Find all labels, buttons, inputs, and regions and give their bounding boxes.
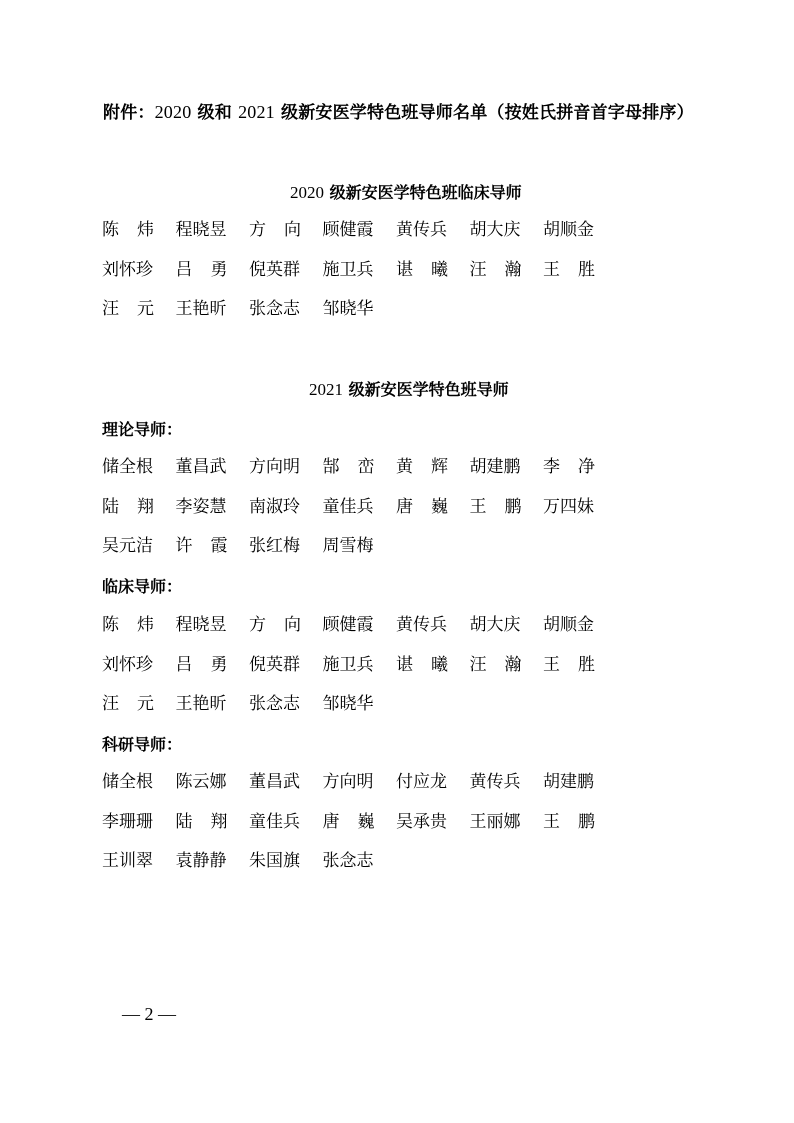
title-year-2021: 2021 [238, 102, 275, 122]
mentor-name: 邹晓华 [323, 297, 397, 337]
mentor-name: 汪瀚 [470, 258, 522, 298]
mentor-name: 黄传兵 [396, 613, 470, 653]
mentor-name: 刘怀珍 [102, 653, 176, 693]
mentor-name: 施卫兵 [323, 258, 397, 298]
research-mentors-label: 科研导师： [102, 732, 182, 755]
mentor-name: 王艳昕 [176, 297, 250, 337]
mentor-name: 倪英群 [249, 258, 323, 298]
mentor-name: 陈云娜 [176, 770, 250, 810]
mentor-name: 吴承贵 [396, 810, 470, 850]
clinical-mentors-names: 陈炜程晓昱方向顾健霞黄传兵胡大庆胡顺金刘怀珍吕勇倪英群施卫兵谌曦汪瀚王胜汪元王艳… [102, 613, 622, 732]
mentor-name: 储全根 [102, 455, 176, 495]
mentor-name: 汪元 [102, 297, 154, 337]
mentor-name: 张红梅 [249, 534, 323, 574]
title-prefix: 附件： [103, 103, 155, 123]
mentor-name: 付应龙 [396, 770, 470, 810]
section-2021-label: 级新安医学特色班导师 [343, 380, 509, 399]
section-2021-year: 2021 [309, 380, 343, 399]
page-number: — 2 — [122, 1004, 176, 1025]
mentor-name: 张念志 [323, 849, 397, 889]
mentor-name: 陆翔 [102, 495, 154, 535]
mentor-name: 王训翠 [102, 849, 176, 889]
mentor-name: 陈炜 [102, 218, 154, 258]
mentor-name: 李净 [543, 455, 595, 495]
mentor-name: 王鹏 [543, 810, 595, 850]
section-2020-names: 陈炜程晓昱方向顾健霞黄传兵胡大庆胡顺金刘怀珍吕勇倪英群施卫兵谌曦汪瀚王胜汪元王艳… [102, 218, 622, 337]
mentor-name: 谌曦 [396, 258, 448, 298]
mentor-name: 唐巍 [396, 495, 448, 535]
mentor-name: 董昌武 [176, 455, 250, 495]
mentor-name: 王胜 [543, 258, 595, 298]
mentor-name: 黄传兵 [396, 218, 470, 258]
mentor-name: 程晓昱 [176, 218, 250, 258]
mentor-name: 董昌武 [249, 770, 323, 810]
mentor-name: 方向 [249, 613, 301, 653]
mentor-name: 胡顺金 [543, 613, 617, 653]
mentor-name: 刘怀珍 [102, 258, 176, 298]
mentor-name: 顾健霞 [323, 613, 397, 653]
mentor-name: 张念志 [249, 692, 323, 732]
clinical-mentors-label: 临床导师： [102, 574, 182, 597]
mentor-name: 方向明 [323, 770, 397, 810]
mentor-name: 童佳兵 [249, 810, 323, 850]
mentor-name: 陈炜 [102, 613, 154, 653]
mentor-name: 吕勇 [176, 653, 228, 693]
theory-mentors-names: 储全根董昌武方向明郜峦黄辉胡建鹏李净陆翔李姿慧南淑玲童佳兵唐巍王鹏万四妹吴元洁许… [102, 455, 622, 574]
mentor-name: 李姿慧 [176, 495, 250, 535]
mentor-name: 张念志 [249, 297, 323, 337]
mentor-name: 储全根 [102, 770, 176, 810]
mentor-name: 朱国旗 [249, 849, 323, 889]
mentor-name: 周雪梅 [323, 534, 397, 574]
section-2021-title: 2021 级新安医学特色班导师 [309, 377, 509, 400]
mentor-name: 陆翔 [176, 810, 228, 850]
mentor-name: 南淑玲 [249, 495, 323, 535]
section-2020-title: 2020 级新安医学特色班临床导师 [290, 180, 522, 203]
mentor-name: 施卫兵 [323, 653, 397, 693]
mentor-name: 胡建鹏 [470, 455, 544, 495]
mentor-name: 王鹏 [470, 495, 522, 535]
title-mid: 级和 [191, 103, 238, 123]
mentor-name: 吕勇 [176, 258, 228, 298]
mentor-name: 袁静静 [176, 849, 250, 889]
theory-mentors-label: 理论导师： [102, 417, 182, 440]
mentor-name: 胡建鹏 [543, 770, 617, 810]
mentor-name: 胡大庆 [470, 613, 544, 653]
mentor-name: 顾健霞 [323, 218, 397, 258]
mentor-name: 谌曦 [396, 653, 448, 693]
mentor-name: 唐巍 [323, 810, 375, 850]
mentor-name: 程晓昱 [176, 613, 250, 653]
title-suffix: 级新安医学特色班导师名单（按姓氏拼音首字母排序） [275, 103, 694, 123]
mentor-name: 方向明 [249, 455, 323, 495]
mentor-name: 倪英群 [249, 653, 323, 693]
mentor-name: 郜峦 [323, 455, 375, 495]
title-year-2020: 2020 [155, 102, 192, 122]
mentor-name: 万四妹 [543, 495, 617, 535]
mentor-name: 黄传兵 [470, 770, 544, 810]
document-title: 附件：2020 级和 2021 级新安医学特色班导师名单（按姓氏拼音首字母排序） [103, 98, 694, 123]
mentor-name: 童佳兵 [323, 495, 397, 535]
section-2020-year: 2020 [290, 183, 324, 202]
mentor-name: 方向 [249, 218, 301, 258]
mentor-name: 许霞 [176, 534, 228, 574]
mentor-name: 胡顺金 [543, 218, 617, 258]
research-mentors-names: 储全根陈云娜董昌武方向明付应龙黄传兵胡建鹏李珊珊陆翔童佳兵唐巍吴承贵王丽娜王鹏王… [102, 770, 622, 889]
mentor-name: 王丽娜 [470, 810, 544, 850]
mentor-name: 吴元洁 [102, 534, 176, 574]
mentor-name: 李珊珊 [102, 810, 176, 850]
mentor-name: 汪瀚 [470, 653, 522, 693]
mentor-name: 邹晓华 [323, 692, 397, 732]
mentor-name: 胡大庆 [470, 218, 544, 258]
mentor-name: 黄辉 [396, 455, 448, 495]
mentor-name: 王胜 [543, 653, 595, 693]
section-2020-label: 级新安医学特色班临床导师 [324, 183, 522, 202]
mentor-name: 汪元 [102, 692, 154, 732]
mentor-name: 王艳昕 [176, 692, 250, 732]
